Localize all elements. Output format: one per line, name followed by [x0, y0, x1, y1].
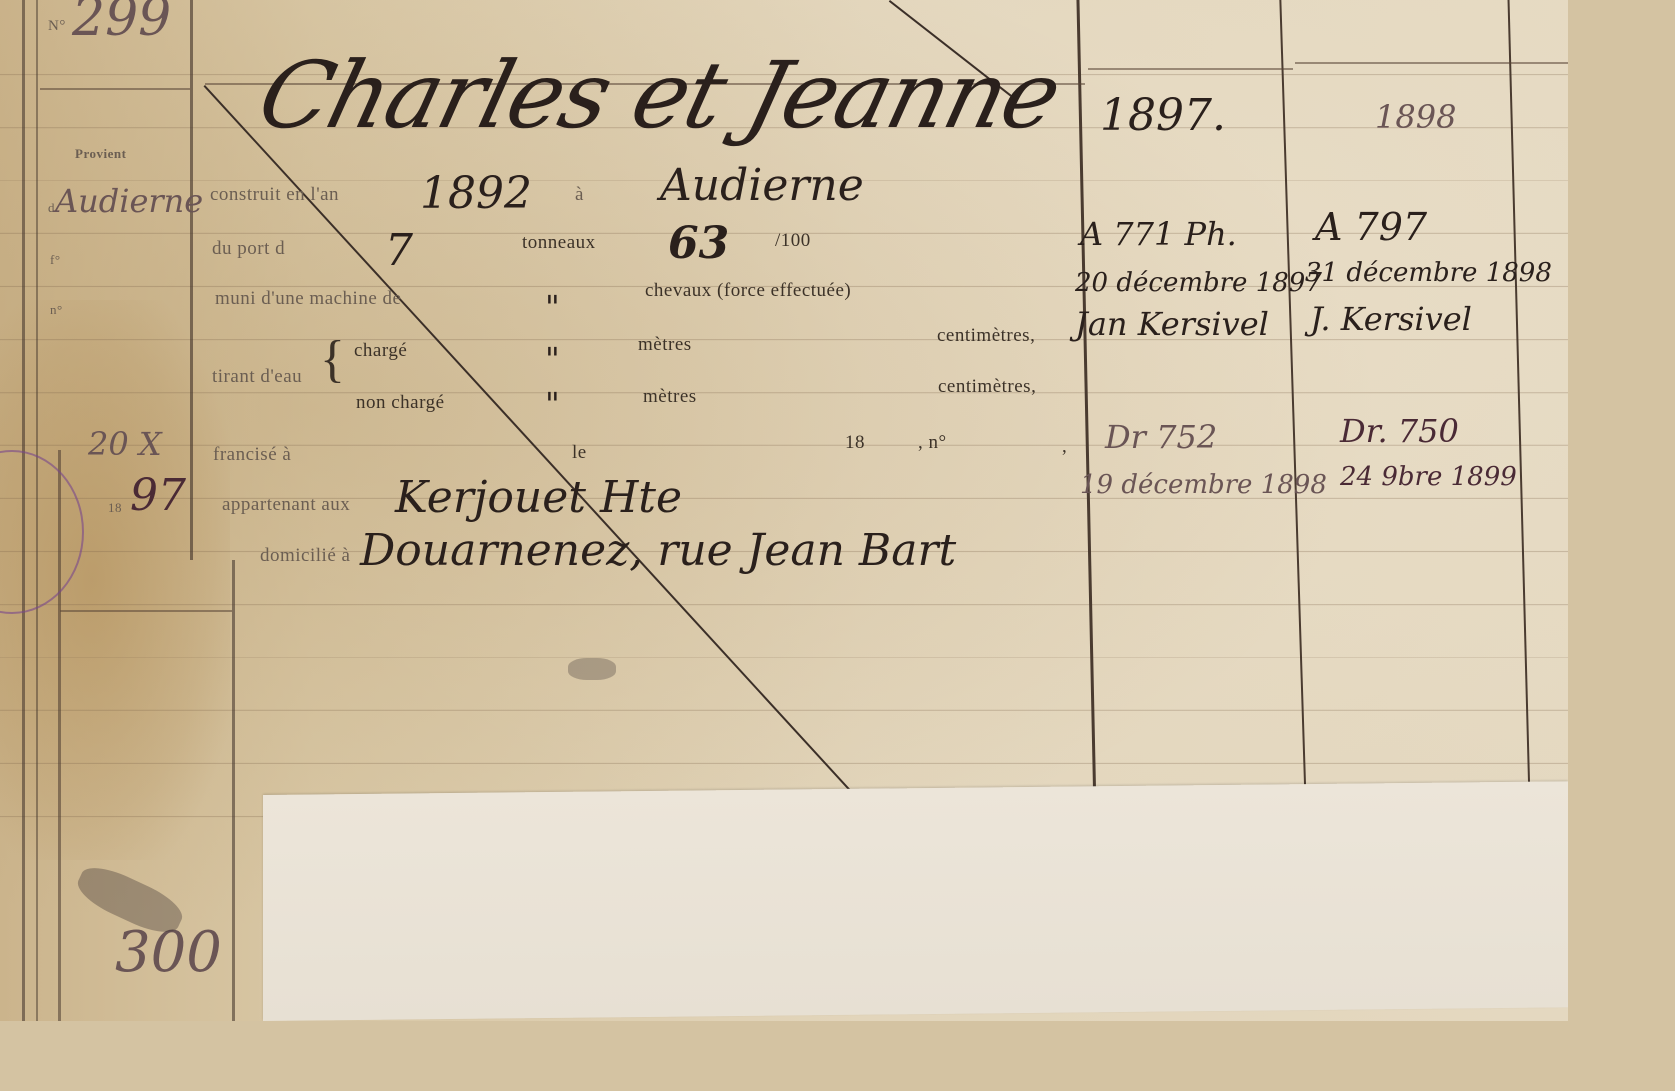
- left-section-rule: [60, 610, 232, 612]
- header-rule-1898: [1295, 62, 1568, 64]
- domicile-value: Douarnenez, rue Jean Bart: [360, 525, 956, 576]
- le-label: le: [572, 442, 587, 464]
- port-tonneaux-value: 7: [385, 225, 413, 276]
- construit-place: Audierne: [660, 160, 864, 211]
- date-day: 20 X: [88, 425, 162, 463]
- francise-label: francisé à: [213, 444, 291, 466]
- ship-name: Charles et Jeanne: [249, 42, 1070, 149]
- overlay-paper-sheet: [263, 781, 1568, 1021]
- row-prefix-d: d: [48, 200, 55, 216]
- col1898-year: 1898: [1375, 98, 1456, 136]
- non-charge-value: ": [545, 385, 560, 423]
- col1897-ref2: Dr 752: [1105, 418, 1217, 456]
- row-prefix-f: f°: [50, 252, 61, 268]
- tonneaux-fraction: 63: [668, 218, 729, 269]
- header-rule-left: [40, 88, 190, 90]
- charge-value: ": [545, 340, 560, 378]
- col1898-ref2: Dr. 750: [1340, 412, 1459, 450]
- ink-blot-center: [568, 658, 616, 680]
- machine-label: muni d'une machine de: [215, 288, 401, 310]
- col1898-date2: 24 9bre 1899: [1340, 462, 1517, 492]
- date-year-prefix: 18: [108, 500, 122, 516]
- registry-page: N° 299 Provient d Audierne f° n° 20 X 18…: [0, 0, 1568, 1021]
- entry-number: 299: [72, 0, 171, 48]
- tirant-label: tirant d'eau: [212, 366, 302, 388]
- construit-year: 1892: [420, 168, 532, 219]
- domicile-label: domicilié à: [260, 545, 350, 567]
- metres-label-1: mètres: [638, 334, 692, 356]
- date-year-suffix: 97: [130, 470, 186, 521]
- header-rule-1897: [1088, 68, 1293, 70]
- row-prefix-n: n°: [50, 302, 63, 318]
- col1898-signature: J. Kersivel: [1310, 300, 1472, 338]
- col1897-signature: Jan Kersivel: [1075, 305, 1269, 343]
- col1898-date: 31 décembre 1898: [1305, 258, 1552, 288]
- non-charge-label: non chargé: [356, 392, 445, 414]
- tirant-brace: {: [320, 330, 345, 389]
- construit-at-label: à: [575, 184, 584, 206]
- column-divider-label: [190, 0, 193, 560]
- col1897-date: 20 décembre 1897: [1075, 268, 1322, 298]
- machine-value: ": [545, 288, 560, 326]
- charge-label: chargé: [354, 340, 407, 362]
- provient-value: Audierne: [55, 182, 203, 220]
- metres-label-2: mètres: [643, 386, 697, 408]
- year-prefix: 18: [845, 432, 865, 454]
- port-label: du port d: [212, 238, 285, 260]
- column-divider-label-lower: [232, 560, 235, 1021]
- numero-trailing: ,: [1062, 436, 1067, 458]
- col1897-year: 1897.: [1100, 90, 1226, 141]
- tonneaux-label: tonneaux: [522, 232, 596, 254]
- col1897-ref: A 771 Ph.: [1080, 215, 1237, 253]
- provient-label: Provient: [75, 146, 126, 162]
- appartenant-label: appartenant aux: [222, 494, 350, 516]
- fraction-denominator: /100: [775, 230, 811, 252]
- entry-number-label: N°: [48, 18, 66, 35]
- chevaux-label: chevaux (force effectuée): [645, 280, 851, 302]
- centimetres-label-2: centimètres,: [938, 376, 1036, 398]
- centimetres-label-1: centimètres,: [937, 325, 1035, 347]
- construit-label: construit en l'an: [210, 184, 339, 206]
- appartenant-value: Kerjouet Hte: [395, 472, 682, 523]
- col1897-date2: 19 décembre 1898: [1080, 470, 1327, 500]
- col1898-ref: A 797: [1315, 205, 1427, 249]
- numero-label: , n°: [918, 432, 947, 454]
